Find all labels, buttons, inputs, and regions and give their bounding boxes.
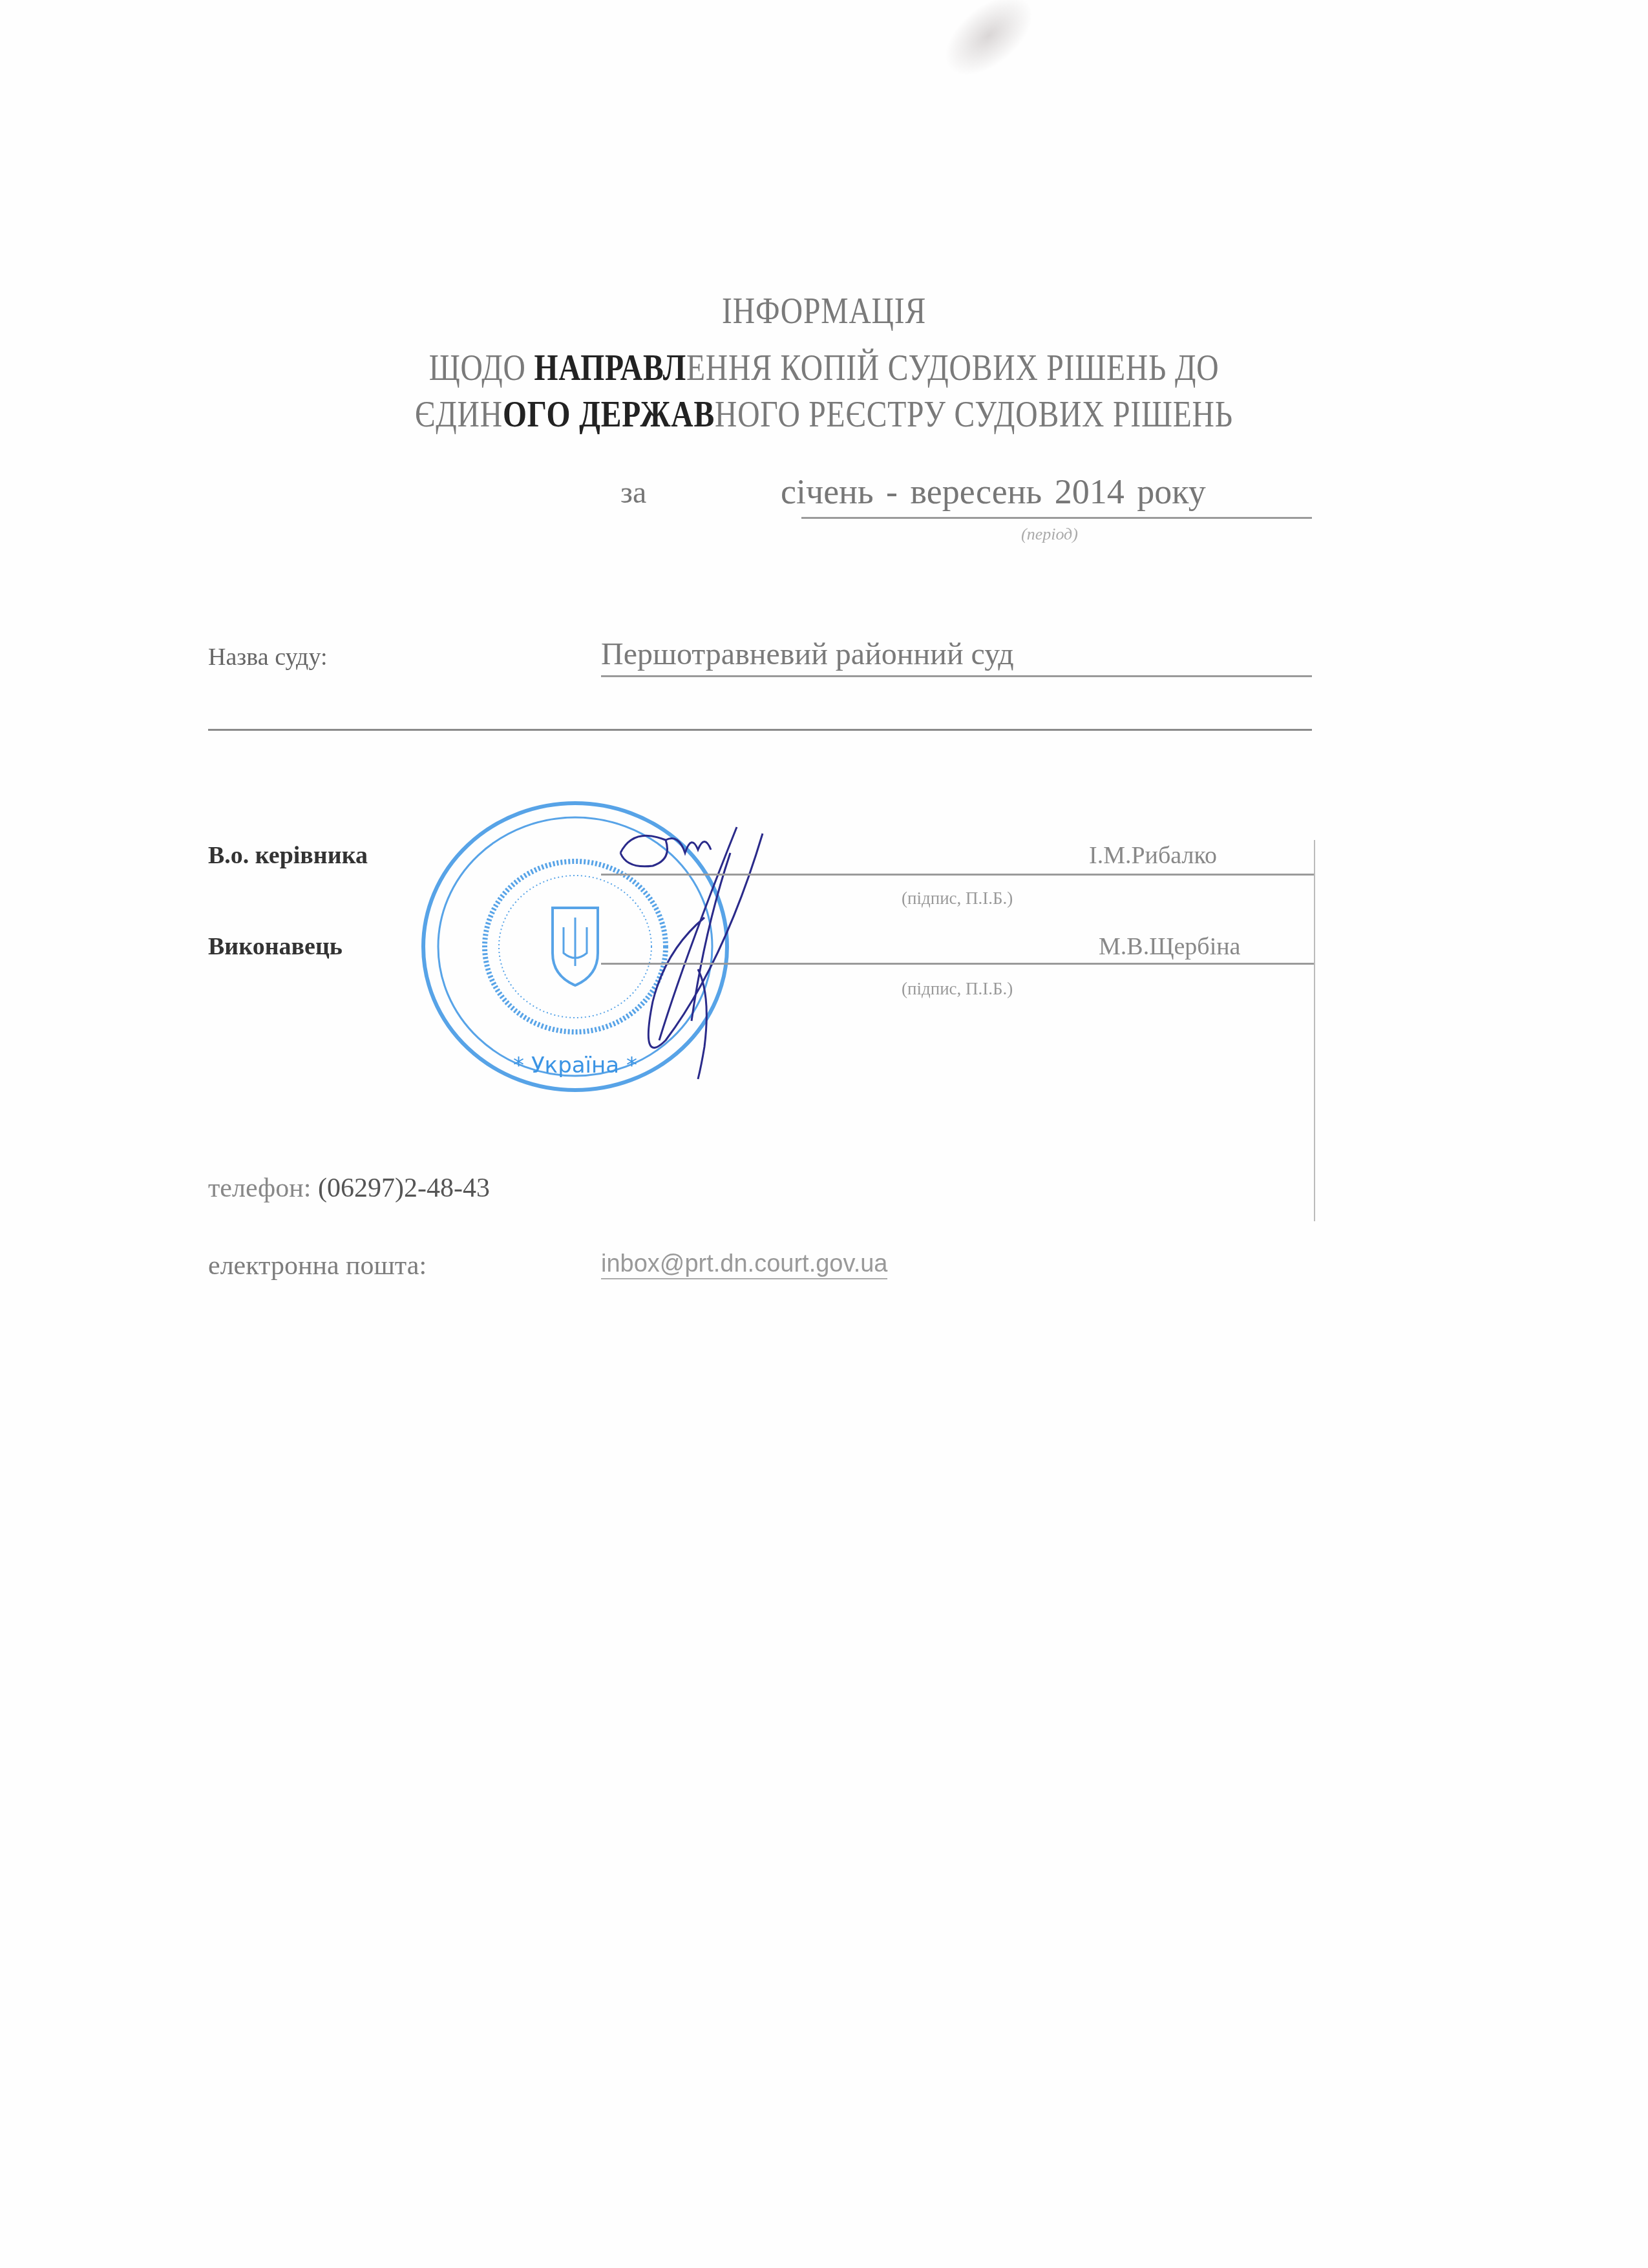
title-text: ЩОДО (429, 346, 534, 388)
signatory-role-2: Виконавець (208, 932, 343, 961)
period-value: січень - вересень 2014 року (781, 472, 1206, 512)
signature-line-1 (601, 874, 1314, 876)
phone-row: телефон: (06297)2-48-43 (208, 1173, 490, 1204)
phone-label: телефон: (208, 1173, 311, 1203)
signature-hint-1: (підпис, П.І.Б.) (902, 888, 1013, 908)
signatory-role-1: В.о. керівника (208, 841, 368, 870)
signatory-name-1: І.М.Рибалко (1089, 841, 1217, 870)
period-hint: (період) (1021, 525, 1078, 544)
signatory-name-2: М.В.Щербіна (1099, 932, 1240, 961)
document-subtitle-line-2: ЩОДО НАПРАВЛЕННЯ КОПІЙ СУДОВИХ РІШЕНЬ ДО (149, 349, 1500, 386)
title-text: ЄДИН (415, 393, 503, 435)
title-text: ЕННЯ КОПІЙ СУДОВИХ РІШЕНЬ ДО (686, 346, 1219, 388)
signature-hint-2: (підпис, П.І.Б.) (902, 979, 1013, 999)
court-underline (601, 675, 1312, 677)
document-title: ІНФОРМАЦІЯ (149, 292, 1500, 330)
phone-value: (06297)2-48-43 (318, 1173, 490, 1203)
period-underline (801, 517, 1312, 519)
email-label: електронна пошта: (208, 1250, 427, 1281)
title-text: НАПРАВЛ (534, 346, 686, 388)
title-line-1: ІНФОРМАЦІЯ (722, 289, 926, 331)
signature-icon (607, 814, 944, 1086)
title-text: ОГО ДЕРЖАВ (503, 393, 715, 435)
second-line (208, 729, 1312, 731)
scan-smudge (931, 0, 1047, 91)
signature-line-2 (601, 963, 1314, 965)
email-link[interactable]: inbox@prt.dn.court.gov.ua (601, 1250, 887, 1279)
court-name: Першотравневий районний суд (601, 636, 1014, 672)
title-text: НОГО РЕЄСТРУ СУДОВИХ РІШЕНЬ (715, 393, 1233, 435)
document-subtitle-line-3: ЄДИНОГО ДЕРЖАВНОГО РЕЄСТРУ СУДОВИХ РІШЕН… (149, 395, 1500, 433)
margin-rule (1314, 840, 1315, 1221)
court-label: Назва суду: (208, 643, 328, 671)
period-prefix: за (620, 475, 646, 510)
